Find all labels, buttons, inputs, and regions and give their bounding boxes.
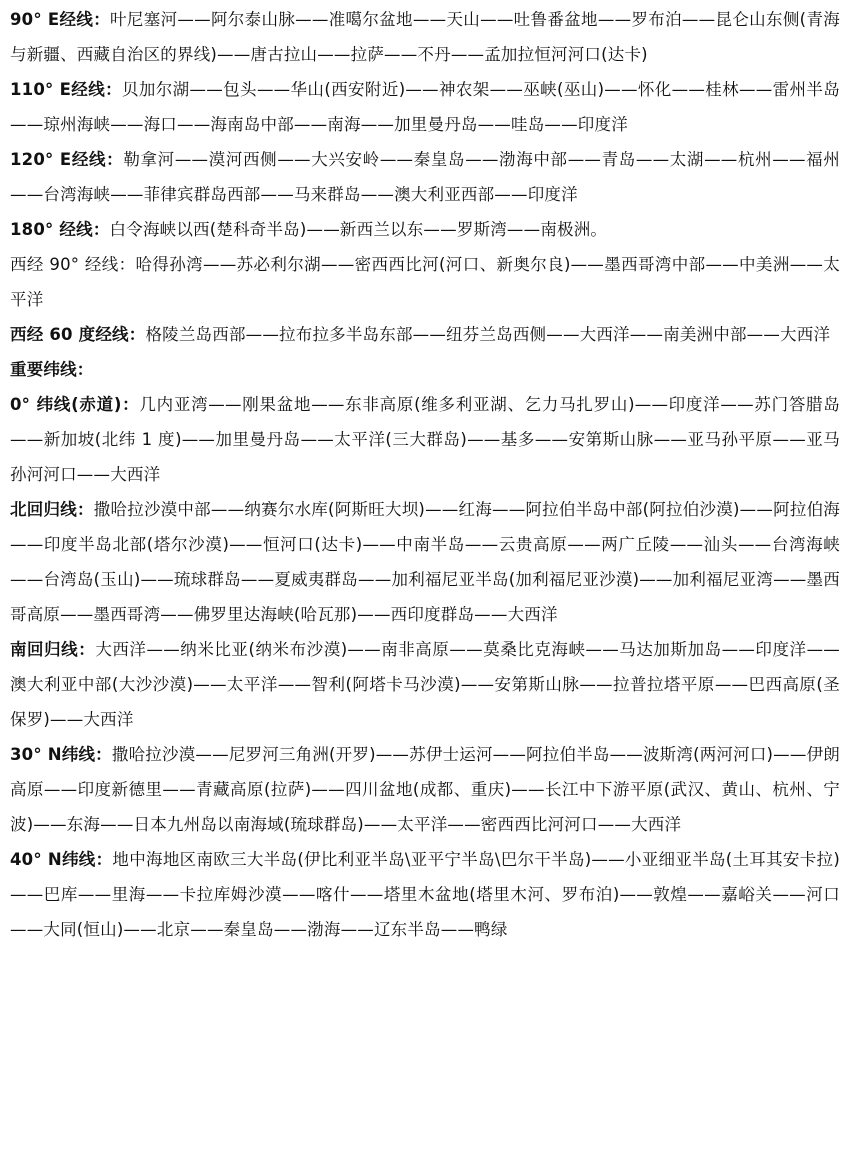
paragraph-text: 撒哈拉沙漠中部——纳赛尔水库(阿斯旺大坝)——红海——阿拉伯半岛中部(阿拉伯沙漠…	[10, 500, 840, 624]
paragraph-tropic-of-capricorn: 南回归线：大西洋——纳米比亚(纳米布沙漠)——南非高原——莫桑比克海峡——马达加…	[10, 632, 840, 737]
paragraph-label: 40° N纬线：	[10, 850, 112, 869]
paragraph-label: 北回归线：	[10, 500, 94, 519]
paragraph-label: 90° E经线：	[10, 10, 110, 29]
paragraph-text: 叶尼塞河——阿尔泰山脉——准噶尔盆地——天山——吐鲁番盆地——罗布泊——昆仑山东…	[10, 10, 840, 64]
paragraph-120e-meridian: 120° E经线：勒拿河——漠河西侧——大兴安岭——秦皇岛——渤海中部——青岛—…	[10, 142, 840, 212]
paragraph-label: 西经 90° 经线：	[10, 255, 136, 274]
paragraph-60w-meridian: 西经 60 度经线：格陵兰岛西部——拉布拉多半岛东部——纽芬兰岛西侧——大西洋—…	[10, 317, 840, 352]
paragraph-40n-latitude: 40° N纬线：地中海地区南欧三大半岛(伊比利亚半岛\亚平宁半岛\巴尔干半岛)—…	[10, 842, 840, 947]
paragraph-text: 白令海峡以西(楚科奇半岛)——新西兰以东——罗斯湾——南极洲。	[110, 220, 608, 239]
paragraph-30n-latitude: 30° N纬线：撒哈拉沙漠——尼罗河三角洲(开罗)——苏伊士运河——阿拉伯半岛—…	[10, 737, 840, 842]
paragraph-equator: 0° 纬线(赤道)：几内亚湾——刚果盆地——东非高原(维多利亚湖、乞力马扎罗山)…	[10, 387, 840, 492]
paragraph-label: 0° 纬线(赤道)：	[10, 395, 139, 414]
paragraph-text: 勒拿河——漠河西侧——大兴安岭——秦皇岛——渤海中部——青岛——太湖——杭州——…	[10, 150, 840, 204]
paragraph-90e-meridian: 90° E经线：叶尼塞河——阿尔泰山脉——准噶尔盆地——天山——吐鲁番盆地——罗…	[10, 2, 840, 72]
paragraph-label: 180° 经线：	[10, 220, 110, 239]
document-body: 90° E经线：叶尼塞河——阿尔泰山脉——准噶尔盆地——天山——吐鲁番盆地——罗…	[0, 0, 850, 947]
paragraph-label: 南回归线：	[10, 640, 95, 659]
paragraph-label: 120° E经线：	[10, 150, 123, 169]
section-heading-latitudes: 重要纬线：	[10, 352, 840, 387]
paragraph-text: 地中海地区南欧三大半岛(伊比利亚半岛\亚平宁半岛\巴尔干半岛)——小亚细亚半岛(…	[10, 850, 840, 939]
paragraph-text: 撒哈拉沙漠——尼罗河三角洲(开罗)——苏伊士运河——阿拉伯半岛——波斯湾(两河河…	[10, 745, 840, 834]
paragraph-label: 30° N纬线：	[10, 745, 112, 764]
paragraph-label: 西经 60 度经线：	[10, 325, 145, 344]
paragraph-90w-meridian: 西经 90° 经线：哈得孙湾——苏必利尔湖——密西西比河(河口、新奥尔良)——墨…	[10, 247, 840, 317]
paragraph-text: 贝加尔湖——包头——华山(西安附近)——神农架——巫峡(巫山)——怀化——桂林—…	[10, 80, 840, 134]
paragraph-180-meridian: 180° 经线：白令海峡以西(楚科奇半岛)——新西兰以东——罗斯湾——南极洲。	[10, 212, 840, 247]
paragraph-text: 大西洋——纳米比亚(纳米布沙漠)——南非高原——莫桑比克海峡——马达加斯加岛——…	[10, 640, 840, 729]
paragraph-text: 格陵兰岛西部——拉布拉多半岛东部——纽芬兰岛西侧——大西洋——南美洲中部——大西…	[145, 325, 830, 344]
paragraph-label: 110° E经线：	[10, 80, 122, 99]
section-heading: 重要纬线：	[10, 360, 94, 379]
paragraph-110e-meridian: 110° E经线：贝加尔湖——包头——华山(西安附近)——神农架——巫峡(巫山)…	[10, 72, 840, 142]
paragraph-tropic-of-cancer: 北回归线：撒哈拉沙漠中部——纳赛尔水库(阿斯旺大坝)——红海——阿拉伯半岛中部(…	[10, 492, 840, 632]
